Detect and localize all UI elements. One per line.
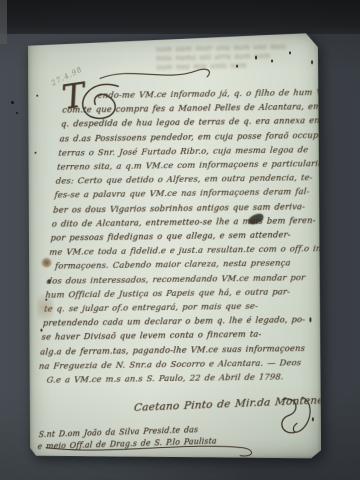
photo-vignette (0, 0, 360, 480)
